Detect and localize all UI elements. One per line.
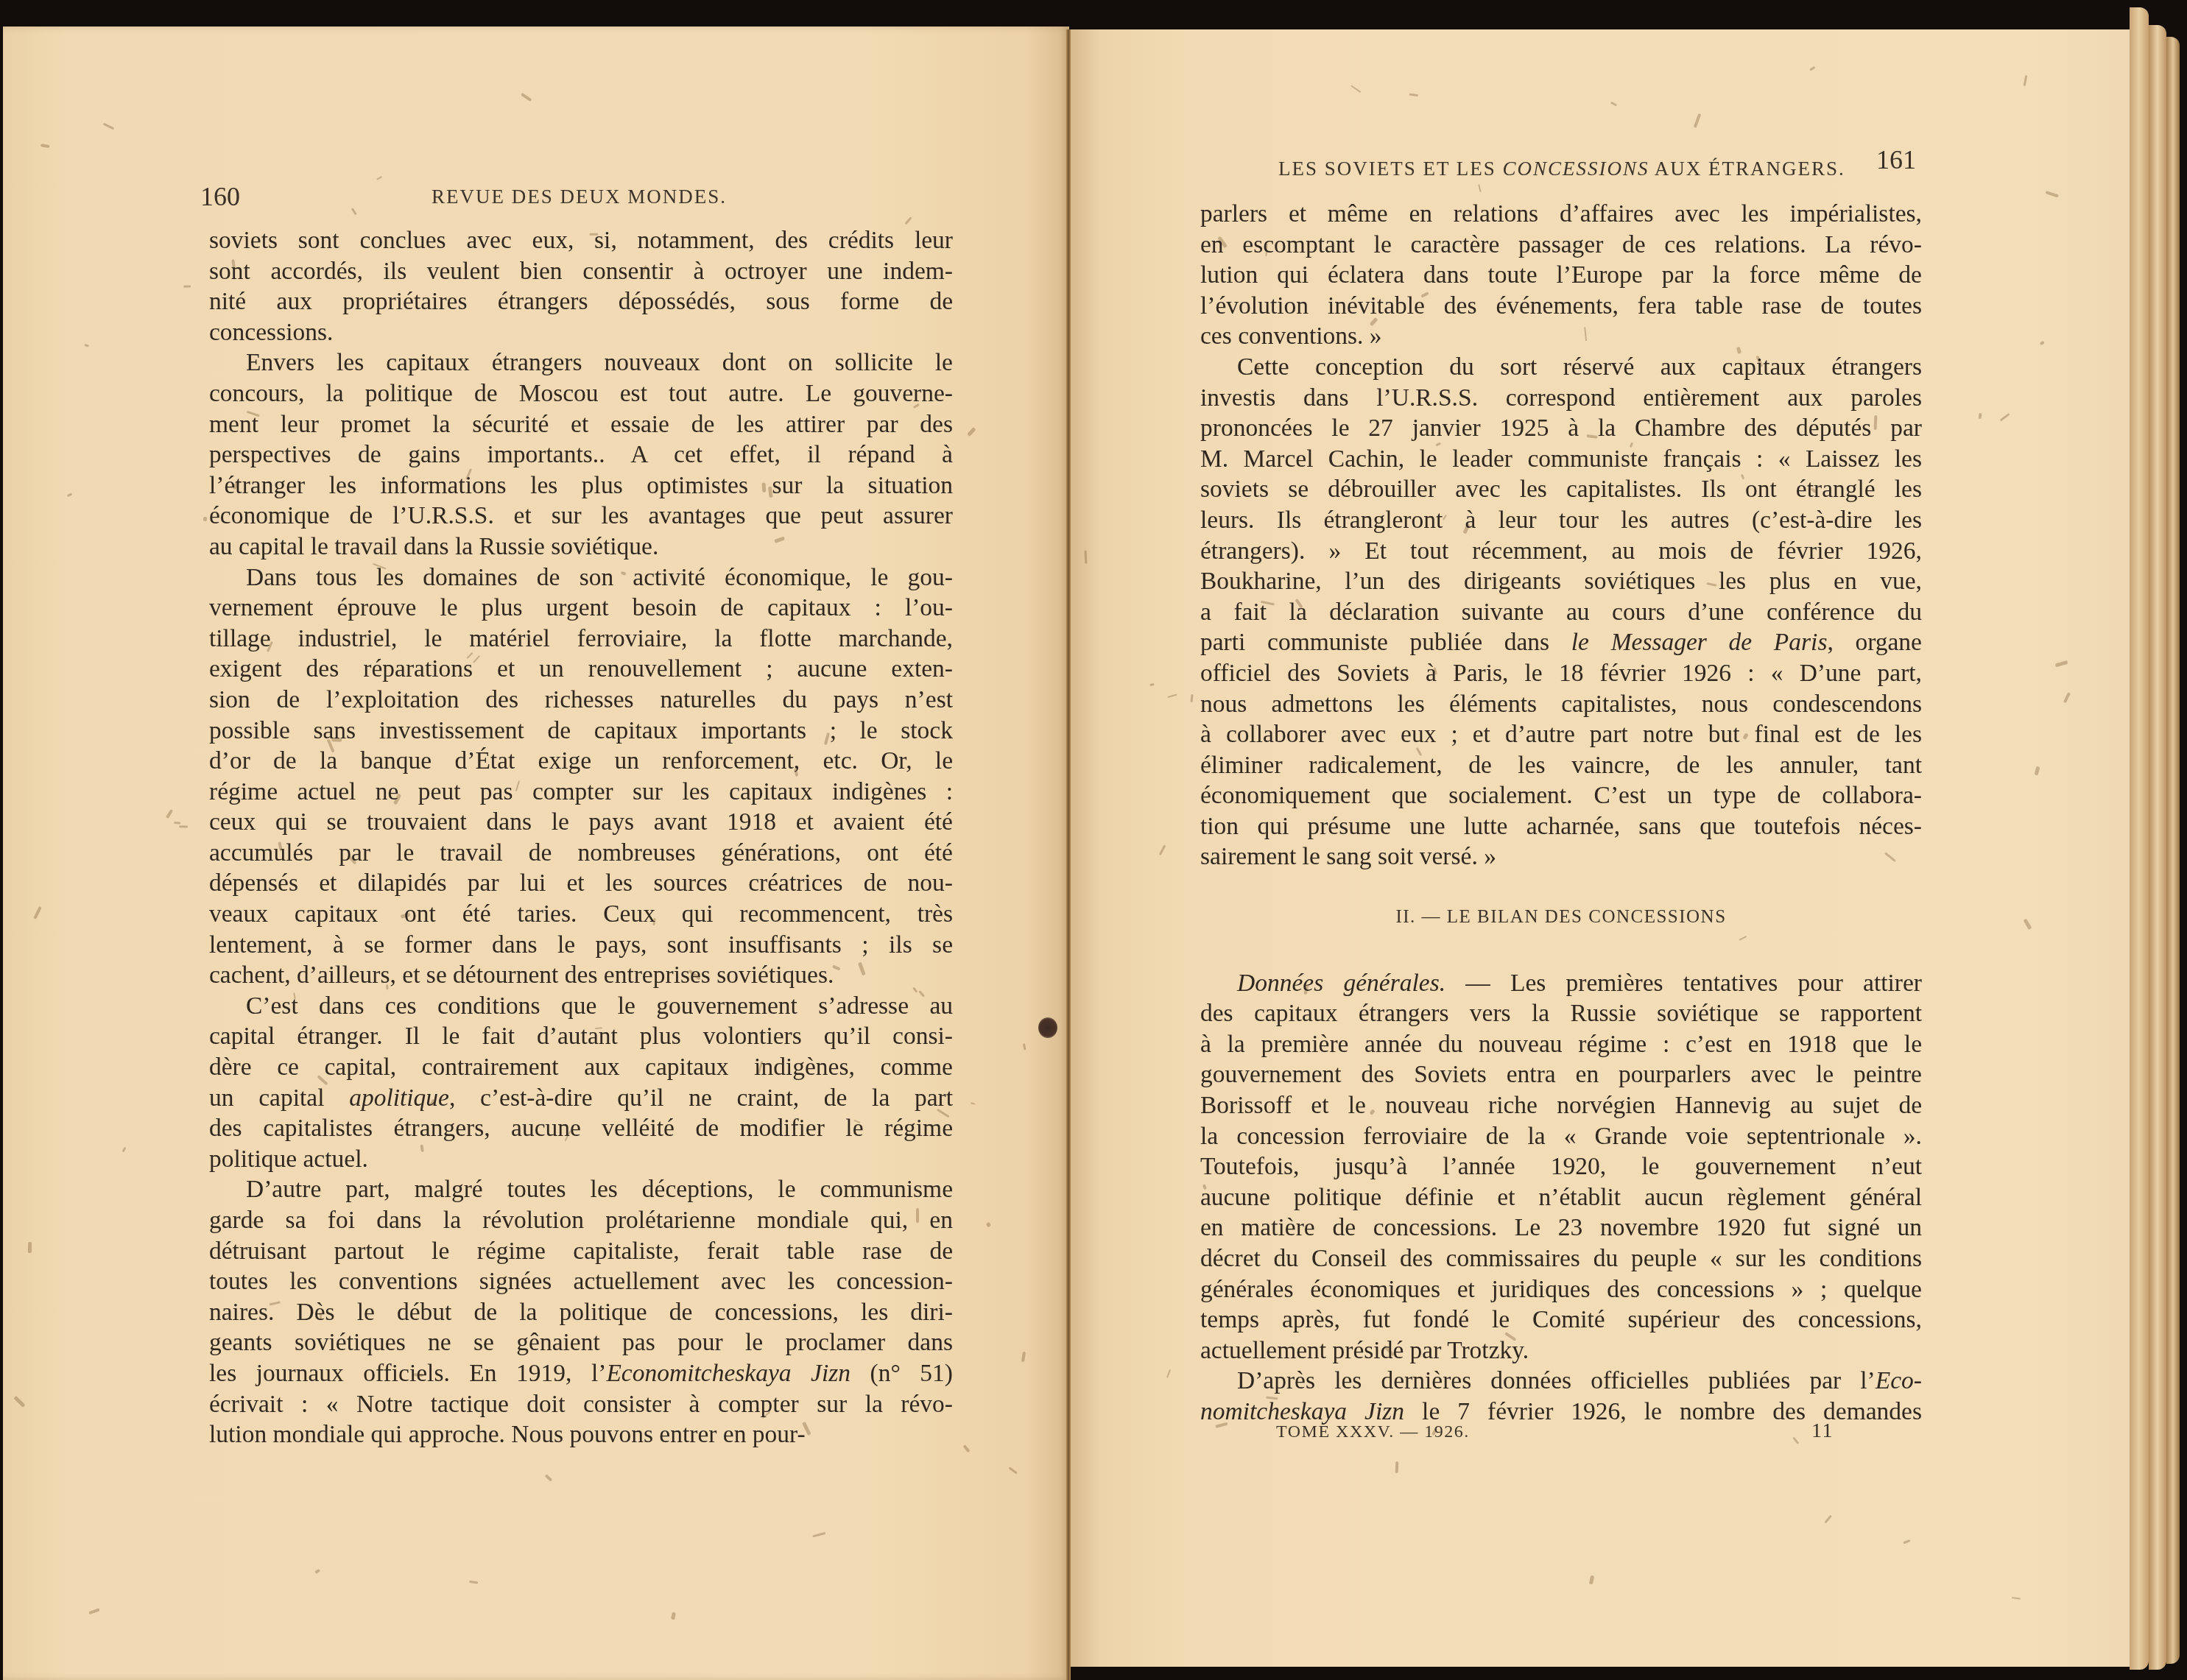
running-head-italic: CONCESSIONS <box>1503 158 1649 180</box>
text-line: M. Marcel Cachin, le leader communiste f… <box>1200 444 1922 475</box>
text-line: politique actuel. <box>209 1144 953 1175</box>
text-line: nité aux propriétaires étrangers dépossé… <box>209 286 953 317</box>
text-line: garde sa foi dans la révolution prolétar… <box>209 1205 953 1236</box>
text-line: tillage industriel, le matériel ferrovia… <box>209 624 953 654</box>
paper-fiber <box>180 825 189 827</box>
text-line: Dans tous les domaines de son activité é… <box>209 562 953 593</box>
text-line: D’après les dernières données officielle… <box>1200 1366 1922 1397</box>
signature-line: TOME XXXV. — 1926. <box>1276 1422 1470 1442</box>
text-line: les journaux officiels. En 1919, l’Econo… <box>209 1358 953 1389</box>
text-line: Borissoff et le nouveau riche norvégien … <box>1200 1090 1922 1121</box>
running-head-prefix: LES SOVIETS ET LES <box>1278 158 1503 180</box>
italic-text: Economitcheskaya Jizn <box>606 1360 850 1387</box>
text-line: a fait la déclaration suivante au cours … <box>1200 597 1922 628</box>
text-line: D’autre part, malgré toutes les déceptio… <box>209 1174 953 1205</box>
text-line: lution qui éclatera dans toute l’Europe … <box>1200 260 1922 291</box>
text-line: en escomptant le caractère passager de c… <box>1200 230 1922 261</box>
text-line: dère ce capital, contrairement aux capit… <box>209 1052 953 1083</box>
book-spread: 160 REVUE DES DEUX MONDES. soviets sont … <box>0 0 2187 1680</box>
paper-fiber <box>28 1242 32 1253</box>
page-number: 160 <box>200 181 240 212</box>
text-line: cachent, d’ailleurs, et se détournent de… <box>209 960 953 991</box>
paper-fiber <box>1084 551 1087 564</box>
text-line: nous admettons les éléments capitalistes… <box>1200 689 1922 720</box>
text-line: régime actuel ne peut pas compter sur le… <box>209 777 953 808</box>
text-line: sairement le sang soit versé. » <box>1200 841 1922 872</box>
text-line: aucune politique définie et n’établit au… <box>1200 1182 1922 1213</box>
italic-text: le Messager de Paris <box>1571 629 1828 656</box>
text-line: Données générales. — Les premières tenta… <box>1200 968 1922 999</box>
text-line: en matière de concessions. Le 23 novembr… <box>1200 1213 1922 1243</box>
running-head: LES SOVIETS ET LES CONCESSIONS AUX ÉTRAN… <box>1278 158 1845 180</box>
text-line: générales économiques et juridiques des … <box>1200 1274 1922 1305</box>
text-line: prononcées le 27 janvier 1925 à la Chamb… <box>1200 413 1922 444</box>
running-head: REVUE DES DEUX MONDES. <box>432 186 727 208</box>
text-line: concessions. <box>209 317 953 348</box>
text-line: des capitaux étrangers vers la Russie so… <box>1200 998 1922 1029</box>
italic-text: Eco- <box>1876 1367 1922 1394</box>
page-edges <box>2166 37 2180 1664</box>
text-line: des capitalistes étrangers, aucune vellé… <box>209 1113 953 1144</box>
text-line: détruisant partout le régime capitaliste… <box>209 1236 953 1267</box>
text-line: toutes les conventions signées actuellem… <box>209 1266 953 1297</box>
text-line: accumulés par le travail de nombreuses g… <box>209 838 953 869</box>
text-line: sont accordés, ils veulent bien consenti… <box>209 256 953 287</box>
text-line: dépensés et dilapidés par lui et les sou… <box>209 868 953 899</box>
text-line: économique de l’U.R.S.S. et sur les avan… <box>209 501 953 532</box>
page-edges <box>2149 25 2166 1670</box>
text-line: un capital apolitique, c’est-à-dire qu’i… <box>209 1083 953 1114</box>
text-line: Envers les capitaux étrangers nouveaux d… <box>209 347 953 378</box>
body-text-left: soviets sont conclues avec eux, si, nota… <box>209 225 953 1450</box>
text-line: exigent des réparations et un renouvelle… <box>209 654 953 685</box>
italic-text: Données générales. <box>1237 970 1445 997</box>
text-line: Cette conception du sort réservé aux cap… <box>1200 352 1922 383</box>
text-line: actuellement présidé par Trotzky. <box>1200 1335 1922 1366</box>
text-line: l’évolution inévitable des événements, f… <box>1200 291 1922 322</box>
ink-stain <box>1038 1017 1057 1038</box>
section-heading: II. — LE BILAN DES CONCESSIONS <box>1200 902 1922 933</box>
text-line: sion de l’exploitation des richesses nat… <box>209 685 953 716</box>
text-line: soviets sont conclues avec eux, si, nota… <box>209 225 953 256</box>
italic-text: apolitique <box>349 1084 449 1112</box>
text-line: parti communiste publiée dans le Message… <box>1200 627 1922 658</box>
text-line: C’est dans ces conditions que le gouvern… <box>209 991 953 1022</box>
text-line: à collaborer avec eux ; et d’autre part … <box>1200 719 1922 750</box>
text-line: lution mondiale qui approche. Nous pouvo… <box>209 1419 953 1450</box>
page-number: 161 <box>1876 144 1916 175</box>
text-line: capital étranger. Il le fait d’autant pl… <box>209 1021 953 1052</box>
paper-fiber <box>203 517 207 522</box>
text-line: Boukharine, l’un des dirigeants soviétiq… <box>1200 566 1922 597</box>
text-line: possible sans investissement de capitaux… <box>209 716 953 747</box>
text-line: à la première année du nouveau régime : … <box>1200 1029 1922 1060</box>
paper-fiber <box>174 822 181 824</box>
paper-fiber <box>183 285 191 287</box>
text-line: temps après, fut fondé le Comité supérie… <box>1200 1305 1922 1335</box>
text-line: leurs. Ils étrangleront à leur tour les … <box>1200 505 1922 536</box>
running-head-suffix: AUX ÉTRANGERS. <box>1649 158 1845 180</box>
text-line: ceux qui se trouvaient dans le pays avan… <box>209 807 953 838</box>
text-line: investis dans l’U.R.S.S. correspond enti… <box>1200 383 1922 414</box>
text-line: ment leur promet la sécurité et essaie d… <box>209 409 953 440</box>
text-line: vernement éprouve le plus urgent besoin … <box>209 593 953 624</box>
text-line: Toutefois, jusqu’à l’année 1920, le gouv… <box>1200 1151 1922 1182</box>
text-line: éliminer radicalement, de les vaincre, d… <box>1200 750 1922 781</box>
text-line: décret du Conseil des commissaires du pe… <box>1200 1243 1922 1274</box>
text-line: gouvernement des Soviets entra en pourpa… <box>1200 1059 1922 1090</box>
text-line: lentement, à se former dans le pays, son… <box>209 930 953 961</box>
text-line: parlers et même en relations d’affaires … <box>1200 199 1922 230</box>
text-line: économiquement que socialement. C’est un… <box>1200 780 1922 811</box>
text-line: soviets se débrouiller avec les capitali… <box>1200 474 1922 505</box>
text-line: perspectives de gains importants.. A cet… <box>209 440 953 470</box>
text-line: concours, la politique de Moscou est tou… <box>209 378 953 409</box>
book-gutter <box>1066 29 1071 1680</box>
text-line: au capital le travail dans la Russie sov… <box>209 532 953 562</box>
text-line: étrangers). » Et tout récemment, au mois… <box>1200 536 1922 567</box>
text-line: veaux capitaux ont été taries. Ceux qui … <box>209 899 953 930</box>
signature-mark: 11 <box>1811 1419 1834 1443</box>
page-edges <box>2130 7 2149 1670</box>
body-text-right: parlers et même en relations d’affaires … <box>1200 199 1922 1427</box>
text-line: ces conventions. » <box>1200 321 1922 352</box>
text-line: la concession ferroviaire de la « Grande… <box>1200 1121 1922 1152</box>
paper-fiber <box>1395 1461 1399 1473</box>
text-line: d’or de la banque d’État exige un renfor… <box>209 746 953 777</box>
text-line: tion qui présume une lutte acharnée, san… <box>1200 811 1922 842</box>
text-line: officiel des Soviets à Paris, le 18 févr… <box>1200 658 1922 689</box>
text-line: l’étranger les informations les plus opt… <box>209 470 953 501</box>
italic-text: nomitcheskaya Jizn <box>1200 1398 1404 1425</box>
text-line: naires. Dès le début de la politique de … <box>209 1297 953 1328</box>
text-line: écrivait : « Notre tactique doit consist… <box>209 1389 953 1420</box>
text-line: geants soviétiques ne se gênaient pas po… <box>209 1327 953 1358</box>
